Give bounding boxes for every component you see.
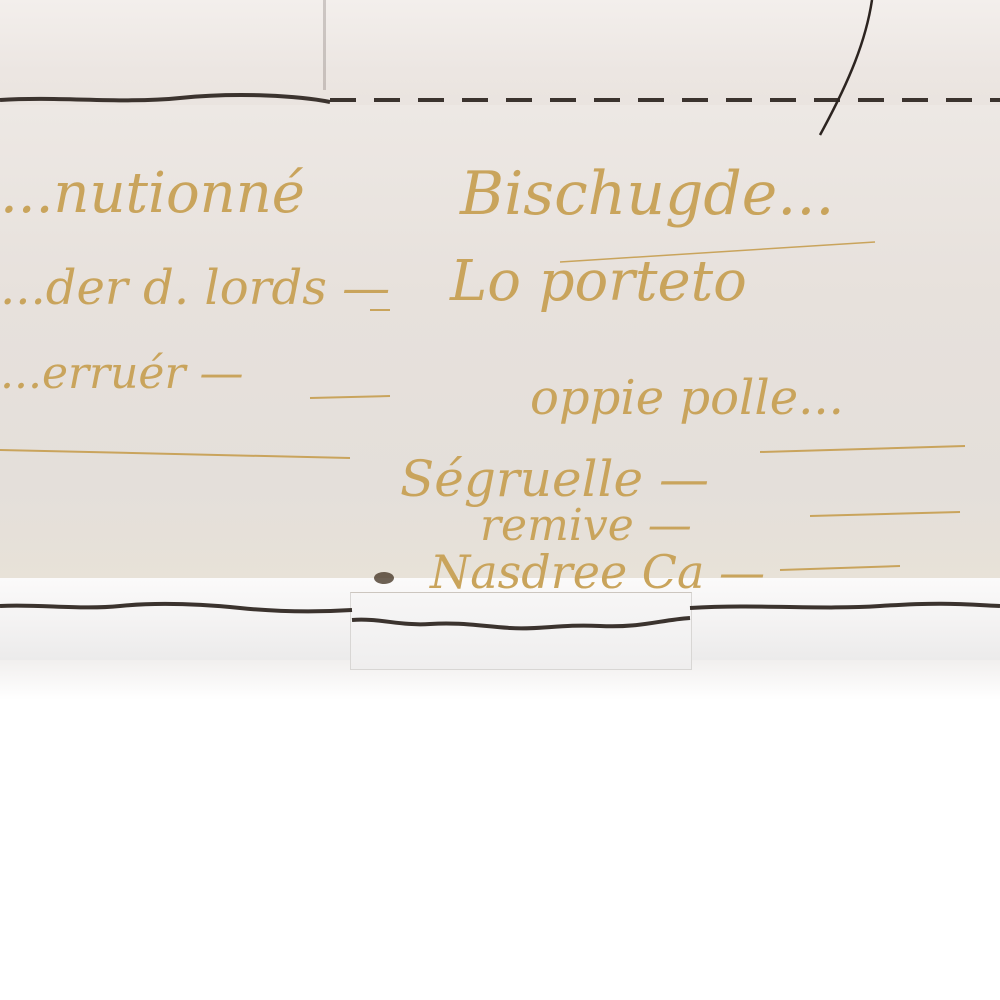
back-rim-crease	[820, 0, 872, 135]
script-line-1: ...nutionné	[0, 161, 305, 226]
script-line-4: Lo porteto	[449, 249, 747, 314]
fiber-speck	[374, 572, 394, 584]
front-stitch-left	[0, 604, 352, 611]
script-line-2: Bischugde...	[459, 159, 835, 229]
front-stitch-tab	[352, 618, 690, 628]
script-line-6: oppie polle...	[530, 370, 844, 426]
script-line-5: ...erruér —	[0, 348, 243, 399]
script-line-9: Nasdree Ca —	[429, 545, 765, 599]
script-line-8: remive —	[480, 500, 692, 551]
front-stitch-right	[690, 604, 1000, 608]
script-line-3: ...der d. lords —	[0, 260, 390, 316]
stitching-and-script: ...nutionné Bischugde... ...der d. lords…	[0, 0, 1000, 1000]
back-stitch-line	[0, 95, 330, 102]
leather-tray-photo: ...nutionné Bischugde... ...der d. lords…	[0, 0, 1000, 1000]
